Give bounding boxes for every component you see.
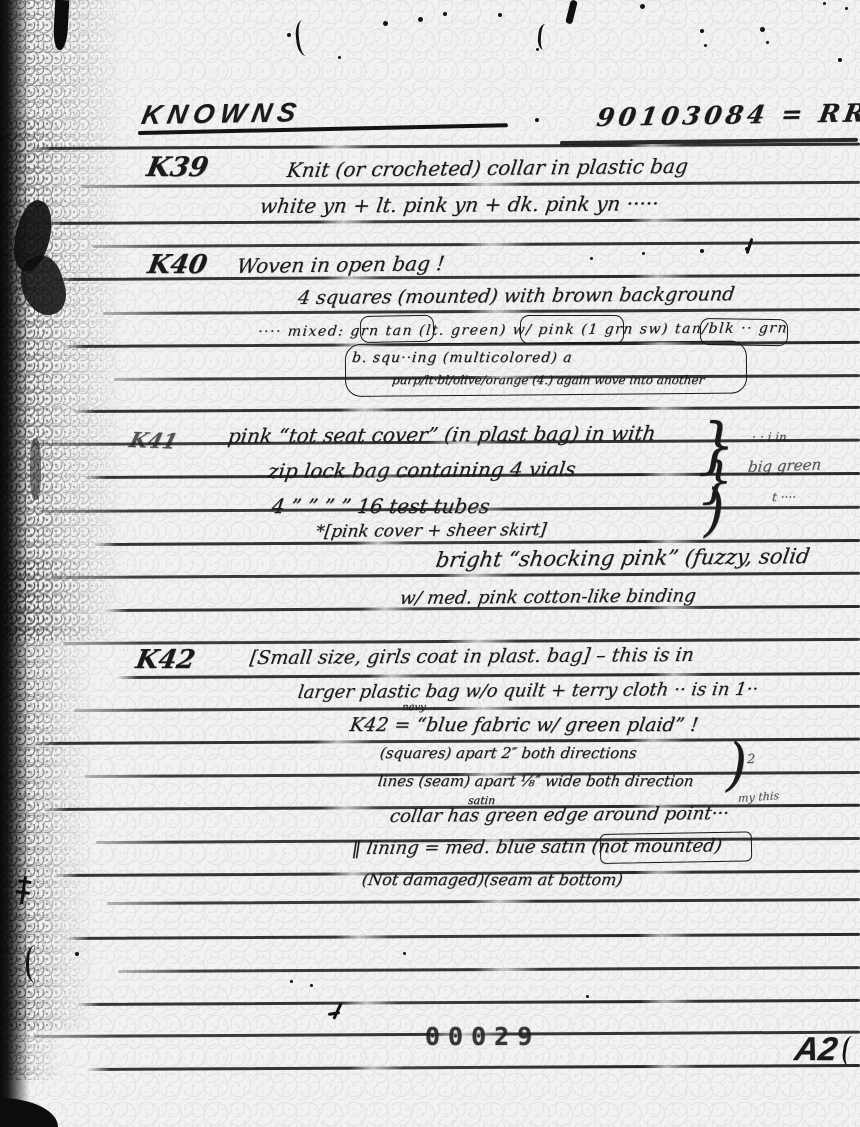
ink-speck [310,984,313,987]
scribble-box [360,315,434,343]
ink-speck [640,4,645,9]
ruled-line [63,638,860,645]
ruled-line [103,308,860,315]
k41-margin-note-2: big green [747,455,822,476]
k41-line-1: pink “tot seat cover” (in plast bag) in … [226,421,657,448]
k41-margin-note-1: · : i in. [751,430,791,444]
ink-speck [766,41,769,44]
ink-speck [418,17,423,22]
scribble-box [520,315,624,344]
k42-line-8: (Not damaged)(seam at bottom) [361,870,624,889]
scribble-box [600,831,753,864]
k42-line-3-insertion: navy [401,702,426,713]
ruled-line [107,898,860,905]
corner-shadow [0,1098,58,1127]
k41-line-6: w/ med. pink cotton-like binding [398,585,697,609]
ink-speck [498,13,502,17]
k42-paren-note: 2 [747,752,755,767]
ink-speck [845,7,848,10]
k39-line-1: Knit (or crocheted) collar in plastic ba… [285,154,689,182]
k42-label: K42 [133,645,197,675]
stray-paren-mark [537,24,552,51]
ink-speck [535,118,539,122]
ruled-line [74,705,860,712]
ink-blot [30,438,41,500]
stamp-number: 00029 [425,1022,540,1051]
ink-speck [75,952,79,956]
k42-line-6-margin: my this [738,789,779,805]
ink-speck [590,257,593,260]
ruled-line [76,999,860,1006]
k42-line-5: lines (seam) apart ⅛″ wide both directio… [377,772,695,790]
k39-line-2: white yn + lt. pink yn + dk. pink yn ···… [258,191,660,218]
ruled-line [52,572,860,579]
ruled-line [87,1064,860,1071]
ink-speck [536,48,539,51]
k42-line-6: collar has green edge around point··· [388,803,730,827]
stray-tick-mark [565,0,578,24]
ink-speck [383,21,388,26]
scribble-box [345,340,747,397]
ruled-line [65,933,860,940]
ink-speck [586,995,589,998]
ruled-line [116,672,860,678]
ruled-line [72,406,860,413]
ink-speck [823,2,826,5]
ink-speck [287,33,291,37]
ruled-line [28,143,860,150]
case-number: 90103084 = RR [595,98,860,132]
ink-speck [443,12,447,16]
paren-icon: ) [726,731,747,797]
k41-line-2: zip lock bag containing 4 vials [266,457,577,483]
ink-speck [338,56,341,59]
k42-line-3: K42 = “blue fabric w/ green plaid” ! [348,714,699,736]
ink-speck [700,29,704,33]
k40-line-1: Woven in open bag ! [235,251,446,278]
notebook-page: KNOWNS 90103084 = RR K39 Knit (or croche… [0,0,860,1127]
stray-paren-mark [26,945,45,983]
ink-speck [704,44,707,47]
k40-label: K40 [145,250,209,280]
ink-speck [838,58,842,62]
k42-line-4: (squares) apart 2″ both directions [379,744,638,762]
ruled-line [118,966,860,972]
k41-label: K41 [127,427,180,454]
k41-line-4: *[pink cover + sheer skirt] [315,520,548,542]
k41-margin-note-3: t ···· [771,490,796,504]
paren-icon: ) [704,478,724,544]
k40-line-2: 4 squares (mounted) with brown backgroun… [297,283,736,309]
stray-tick-mark [746,238,754,254]
ink-blot [53,0,70,50]
ink-speck [642,252,645,255]
page-heading: KNOWNS [139,97,305,131]
stray-paren-mark [294,19,315,57]
ink-speck [700,249,704,253]
k41-line-3: 4 ” ” ” ” 16 test tubes [270,494,491,518]
ink-speck [403,952,406,955]
k42-line-6-insertion: satin [467,794,496,807]
k41-line-5: bright “shocking pink” (fuzzy, solid [434,544,811,572]
k39-label: K39 [144,152,211,183]
ruled-line [39,218,860,225]
ink-speck [760,27,765,32]
k42-line-1: [Small size, girls coat in plast. bag] –… [249,644,696,669]
stray-paren-mark [841,1035,860,1067]
page-mark: A2 [792,1030,840,1068]
ink-speck [290,980,293,983]
k42-line-2: larger plastic bag w/o quilt + terry clo… [297,679,760,703]
